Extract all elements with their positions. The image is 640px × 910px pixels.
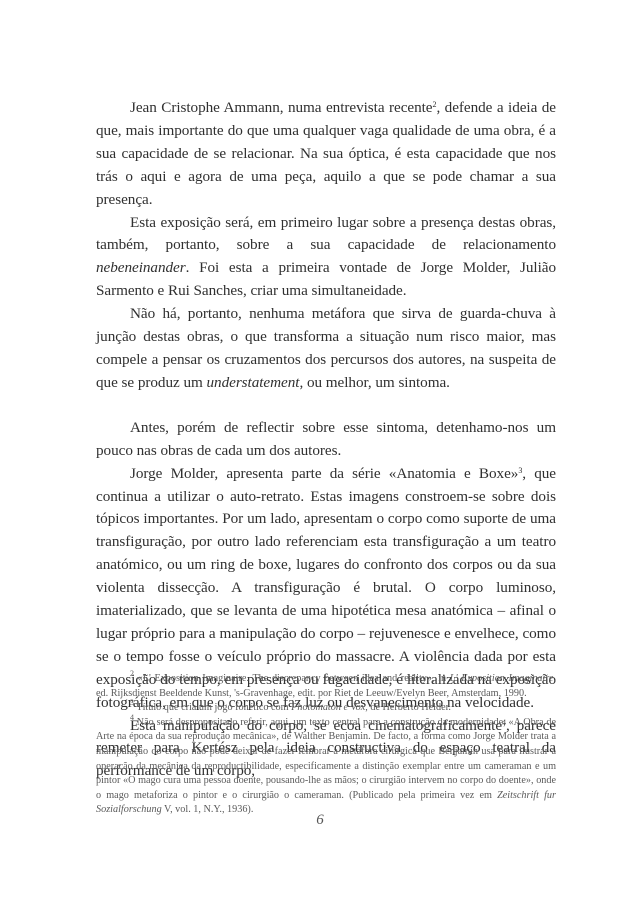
paragraph-3: Não há, portanto, nenhuma metáfora que s…	[96, 303, 556, 395]
text-run: , ou melhor, um sintoma.	[299, 374, 449, 391]
text-run: Jean Cristophe Ammann, numa entrevista r…	[130, 99, 432, 116]
text-run: , de Herberto Helder.	[365, 702, 451, 713]
italic-term: understatement	[207, 374, 300, 391]
text-run: «L' Exposition Imaginaire. The discrepan…	[134, 673, 450, 684]
text-run: Título que cria um jogo fonético com	[134, 702, 291, 713]
italic-term: nebeneinander	[96, 259, 186, 276]
footnote-2: 2 «L' Exposition Imaginaire. The discrep…	[96, 672, 556, 701]
footnotes: 2 «L' Exposition Imaginaire. The discrep…	[96, 672, 556, 818]
paragraph-4: Antes, porém de reflectir sobre esse sin…	[96, 417, 556, 463]
paragraph-1: Jean Cristophe Ammann, numa entrevista r…	[96, 97, 556, 212]
paragraph-2: Esta exposição será, em primeiro lugar s…	[96, 212, 556, 304]
footnote-3: 3 Título que cria um jogo fonético com P…	[96, 701, 556, 716]
page-number: 6	[0, 812, 640, 829]
text-run: Esta exposição será, em primeiro lugar s…	[96, 214, 556, 254]
italic-title: L' Exposition Imaginaire	[450, 673, 554, 684]
italic-title: Photomaton e Vox	[291, 702, 365, 713]
text-run: Não será despropositado referir, aqui, u…	[96, 717, 556, 801]
footnote-4: 4 Não será despropositado referir, aqui,…	[96, 716, 556, 818]
document-page: Jean Cristophe Ammann, numa entrevista r…	[0, 0, 640, 910]
text-run: Jorge Molder, apresenta parte da série «…	[130, 465, 518, 482]
